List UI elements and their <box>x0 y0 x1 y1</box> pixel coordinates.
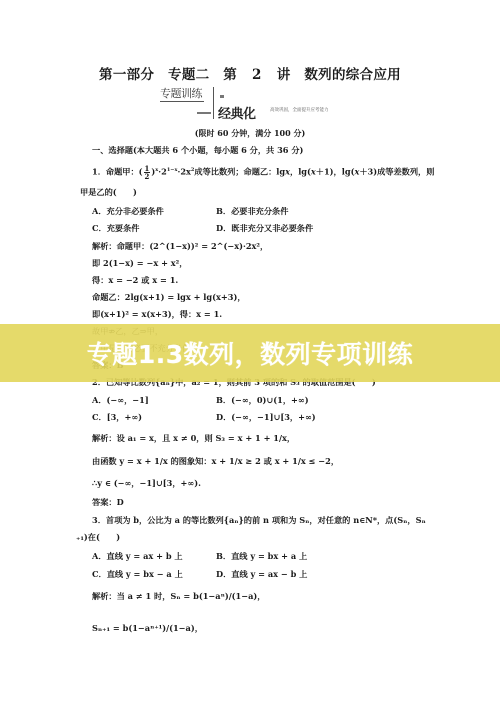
q1-solution-line: 即 2(1−x) = −x + x²， <box>92 258 187 268</box>
q1-stem-part: 成等差数列，则 <box>377 167 434 177</box>
q3-option-a: A．直线 y = ax + b 上 <box>92 551 183 561</box>
time-limit: (限时 60 分钟，满分 100 分) <box>0 128 500 139</box>
q1-option-b: B．必要非充分条件 <box>216 206 288 216</box>
q2-solution-line: ∴y ∈ (−∞，−1]∪[3，+∞). <box>92 478 201 488</box>
logo-line1: 专题训练 <box>160 85 204 102</box>
q1-option-d: D．既非充分又非必要条件 <box>216 223 313 233</box>
q1-stem-part: 1．命题甲： <box>92 167 139 177</box>
q2-option-c: C．[3，+∞) <box>92 412 142 422</box>
q2-option-b: B．(−∞，0)∪(1，+∞) <box>216 395 309 405</box>
q1-option-c: C．充要条件 <box>92 223 139 233</box>
q2-answer: 答案：D <box>92 497 124 507</box>
q3-solution-line: Sₙ₊₁ = b(1−aⁿ⁺¹)/(1−a)， <box>92 623 203 633</box>
q1-stem-line2: 甲是乙的( ) <box>80 187 137 197</box>
q1-solution-line: 解析：命题甲：(2^(1−x))² = 2^(−x)·2x²， <box>92 241 268 251</box>
logo-subtitle: 高效巩固，全面提升应考能力 <box>270 107 329 113</box>
page-title: 第一部分 专题二 第 2 讲 数列的综合应用 <box>0 63 500 83</box>
q3-option-d: D．直线 y = ax − b 上 <box>216 569 307 579</box>
q1-solution-line: 得：x = −2 或 x = 1. <box>92 275 178 285</box>
logo-divider <box>213 87 214 119</box>
q1-stem-part: ，lg( <box>290 167 311 177</box>
q1-solution-line: 即(x+1)² = x(x+3)，得：x = 1. <box>92 309 222 319</box>
q3-solution-line: 解析：当 a ≠ 1 时，Sₙ = b(1−aⁿ)/(1−a)， <box>92 591 266 601</box>
banner-title: 专题1.3数列，数列专项训练 <box>87 335 413 371</box>
q1-stem-part: 成等比数列；命题乙：lg <box>194 167 285 177</box>
q3-stem: 3．首项为 b，公比为 a 的等比数列{aₙ}的前 n 项和为 Sₙ，对任意的 … <box>92 515 426 525</box>
q2-solution-line: 由函数 y = x + 1/x 的图象知：x + 1/x ≥ 2 或 x + 1… <box>92 456 339 466</box>
q1-option-a: A．充分非必要条件 <box>92 206 164 216</box>
q2-solution-line: 解析：设 a₁ = x，且 x ≠ 0，则 S₃ = x + 1 + 1/x， <box>92 433 295 443</box>
title-banner: 专题1.3数列，数列专项训练 <box>0 324 500 382</box>
q2-option-d: D．(−∞，−1]∪[3，+∞) <box>216 412 316 422</box>
q1-stem: 1．命题甲：(12)x·21−x·2x2成等比数列；命题乙：lgx，lg(x＋1… <box>92 165 434 180</box>
section-logo: 专题训练 经典化 高效巩固，全面提升应考能力 <box>160 85 370 125</box>
q3-option-c: C．直线 y = bx − a 上 <box>92 569 183 579</box>
section-heading: 一、选择题(本大题共 6 个小题，每小题 6 分，共 36 分) <box>92 145 303 155</box>
q3-option-b: B．直线 y = bx + a 上 <box>216 551 307 561</box>
logo-line2: 经典化 <box>218 103 256 122</box>
logo-dash <box>197 112 211 114</box>
logo-mark <box>220 95 224 98</box>
q1-solution-line: 命题乙：2lg(x+1) = lgx + lg(x+3)， <box>92 292 246 302</box>
q3-stem-line2: ₊₁)在( ) <box>76 532 120 542</box>
q2-option-a: A．(−∞，−1] <box>92 395 149 405</box>
